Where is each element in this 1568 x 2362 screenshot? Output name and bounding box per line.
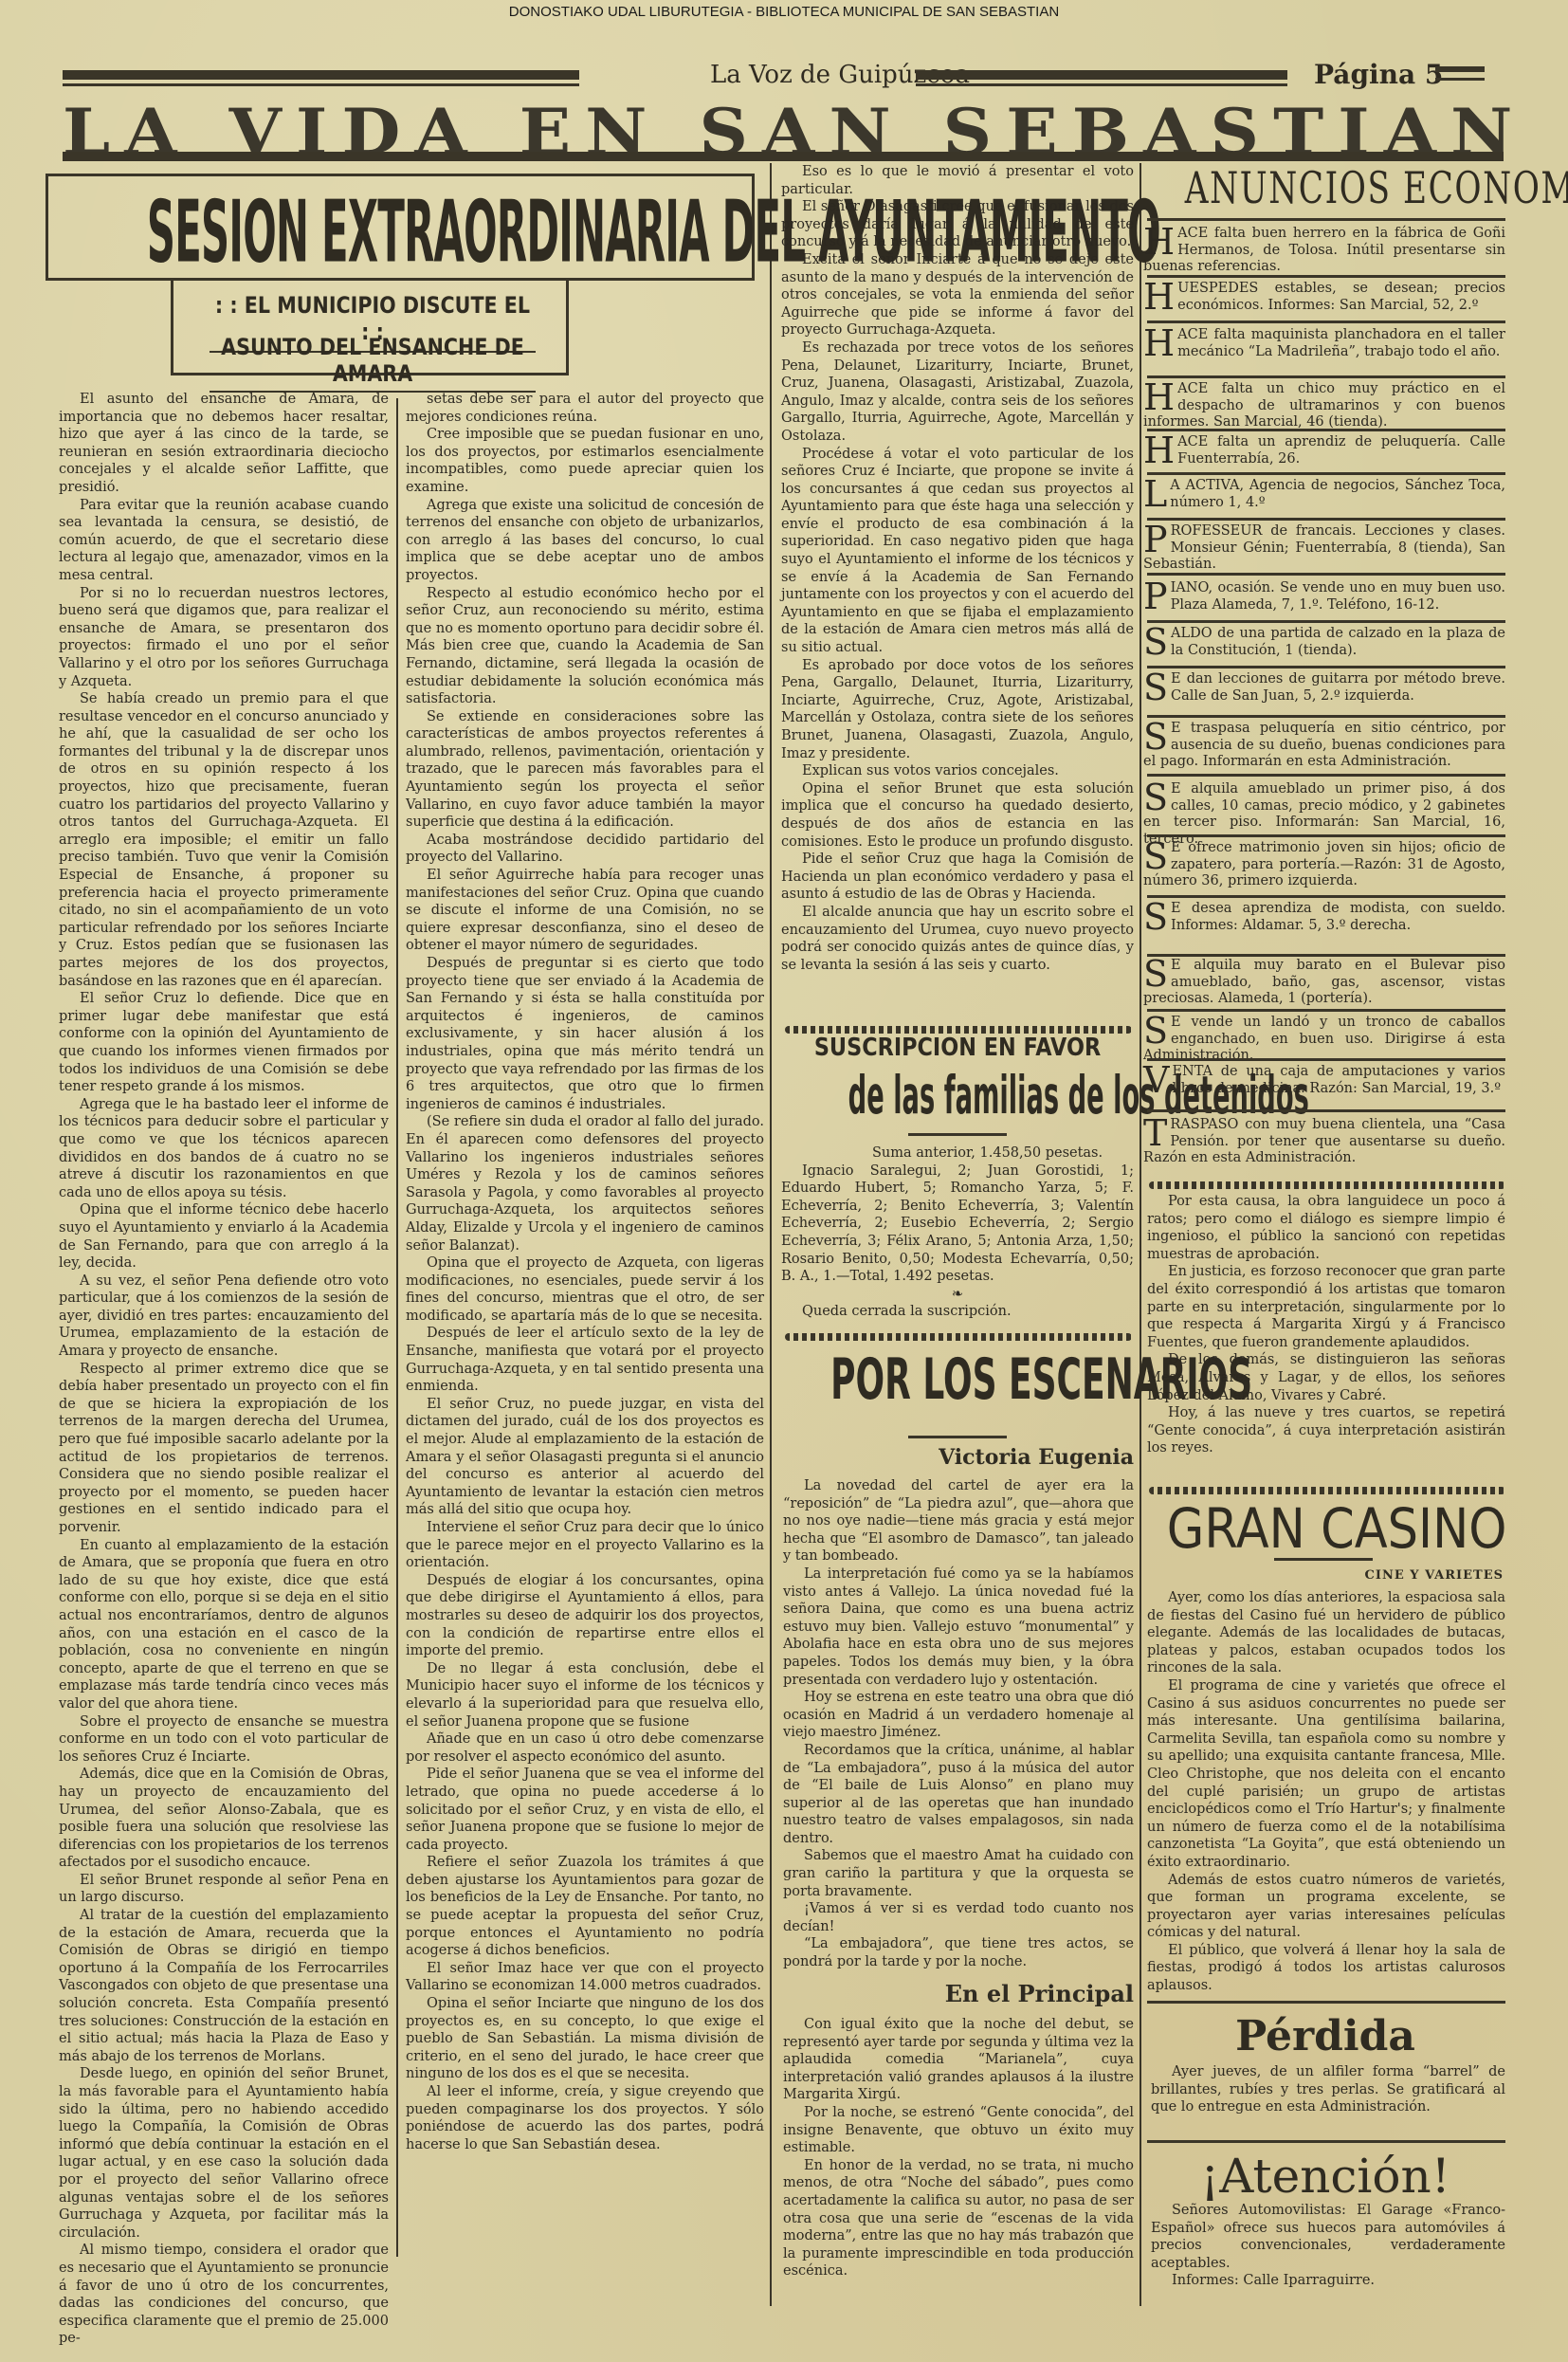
page-folio: La Voz de Guipúzcoa Página 5 — [63, 61, 1504, 89]
victoria-eugenia-heading: Victoria Eugenia — [781, 1445, 1134, 1470]
wavy-divider — [785, 1333, 1132, 1341]
paragraph: En honor de la verdad, no se trata, ni m… — [783, 2157, 1134, 2280]
classified-ad: HACE falta un aprendiz de peluquería. Ca… — [1143, 434, 1505, 467]
classified-ad: SE ofrece matrimonio joven sin hijos; of… — [1143, 840, 1505, 890]
classified-ad: TRASPASO con muy buena clientela, una “C… — [1143, 1117, 1505, 1167]
subscription-title-2: de las familias de los detenidos — [848, 1066, 1067, 1126]
drop-cap: S — [1143, 901, 1168, 933]
classified-divider — [1147, 895, 1505, 898]
paragraph: El público, que volverá á llenar hoy la … — [1147, 1942, 1505, 1995]
paragraph: Sabemos que el maestro Amat ha cuidado c… — [783, 1847, 1134, 1900]
victoria-eugenia-body: La novedad del cartel de ayer era la “re… — [783, 1477, 1134, 1971]
classified-divider — [1147, 472, 1505, 475]
drop-cap: S — [1143, 626, 1168, 658]
paragraph: Por esta causa, la obra languidece un po… — [1147, 1193, 1505, 1263]
paragraph: Cree imposible que se puedan fusionar en… — [406, 426, 764, 496]
drop-cap: S — [1143, 721, 1168, 753]
paragraph: Desde luego, en opinión del señor Brunet… — [59, 2065, 389, 2242]
paragraph: Además, dice que en la Comisión de Obras… — [59, 1766, 389, 1872]
paragraph: Opina que el informe técnico debe hacerl… — [59, 1201, 389, 1272]
attention-title: ¡Atención! — [1145, 2149, 1505, 2204]
paragraph: A su vez, el señor Pena defiende otro vo… — [59, 1273, 389, 1361]
folio-rule-right-thin — [916, 83, 1287, 86]
folio-rule-left-thin — [63, 83, 579, 86]
column-rule-2 — [770, 163, 772, 2306]
folio-rule-end — [1435, 66, 1485, 72]
classified-divider — [1147, 1109, 1505, 1112]
drop-cap: V — [1143, 1064, 1169, 1096]
paragraph: Se extiende en consideraciones sobre las… — [406, 708, 764, 832]
drop-cap: H — [1143, 434, 1175, 467]
classified-text: ACE falta un aprendiz de peluquería. Cal… — [1177, 434, 1505, 467]
classified-text: E traspasa peluquería en sitio céntrico,… — [1143, 721, 1505, 769]
classified-ad: LA ACTIVA, Agencia de negocios, Sánchez … — [1143, 478, 1505, 511]
short-rule — [908, 1133, 1007, 1136]
paragraph: El señor Cruz, no puede juzgar, en vista… — [406, 1396, 764, 1519]
classified-ad: HACE falta buen herrero en la fábrica de… — [1143, 226, 1505, 276]
paragraph: Recordamos que la crítica, unánime, al h… — [783, 1742, 1134, 1848]
classified-text: ROFESSEUR de francais. Lecciones y clase… — [1143, 523, 1505, 572]
paragraph: Al tratar de la cuestión del emplazamien… — [59, 1907, 389, 2065]
stages-title: POR LOS ESCENARIOS — [830, 1346, 1085, 1413]
ornament: ❧ — [781, 1286, 1134, 1304]
classified-divider — [1147, 320, 1505, 323]
classified-ad: SE alquila muy barato en el Bulevar piso… — [1143, 958, 1505, 1008]
paragraph: En cuanto al emplazamiento de la estació… — [59, 1537, 389, 1713]
article-subhead-box: : : EL MUNICIPIO DISCUTE EL : : ASUNTO D… — [171, 281, 569, 375]
subscription-title-1: SUSCRIPCION EN FAVOR — [806, 1034, 1109, 1062]
classified-text: E dan lecciones de guitarra por método b… — [1171, 671, 1505, 704]
subscription-body: Suma anterior, 1.458,50 pesetas. Ignacio… — [781, 1144, 1134, 1321]
paragraph: Pide el señor Cruz que haga la Comisión … — [781, 851, 1134, 904]
drop-cap: P — [1143, 580, 1168, 613]
drop-cap: S — [1143, 958, 1168, 990]
classified-text: ALDO de una partida de calzado en la pla… — [1171, 626, 1505, 658]
classified-ad: HUESPEDES estables, se desean; precios e… — [1143, 281, 1505, 314]
paragraph: Para evitar que la reunión acabase cuand… — [59, 497, 389, 585]
paragraph: El alcalde anuncia que hay un escrito so… — [781, 904, 1134, 974]
classified-divider — [1147, 573, 1505, 576]
paragraph: Se había creado un premio para el que re… — [59, 690, 389, 990]
paragraph: El programa de cine y varietés que ofrec… — [1147, 1677, 1505, 1872]
classified-text: E alquila muy barato en el Bulevar piso … — [1143, 958, 1505, 1006]
divider — [1147, 2001, 1505, 2004]
paragraph: El señor Cruz lo defiende. Dice que en p… — [59, 990, 389, 1096]
paragraph: ¡Vamos á ver si es verdad todo cuanto no… — [783, 1900, 1134, 1935]
classified-divider — [1147, 774, 1505, 777]
paragraph: Agrega que existe una solicitud de conce… — [406, 497, 764, 585]
classified-text: A ACTIVA, Agencia de negocios, Sánchez T… — [1170, 478, 1505, 510]
wavy-divider — [1149, 1181, 1505, 1189]
classified-divider — [1147, 375, 1505, 378]
classified-divider — [1147, 620, 1505, 623]
drop-cap: S — [1143, 840, 1168, 872]
classified-ad: SE vende un landó y un tronco de caballo… — [1143, 1015, 1505, 1065]
paragraph: Respecto al primer extremo dice que se d… — [59, 1361, 389, 1537]
wavy-divider — [1149, 1487, 1505, 1494]
subscription-donors: Ignacio Saralegui, 2; Juan Gorostidi, 1;… — [781, 1163, 1134, 1286]
classified-divider — [1147, 834, 1505, 837]
article-column-1: El asunto del ensanche de Amara, de impo… — [59, 391, 389, 2348]
drop-cap: H — [1143, 327, 1175, 359]
paragraph: Opina que el proyecto de Azqueta, con li… — [406, 1254, 764, 1325]
principal-review-continued: Por esta causa, la obra languidece un po… — [1147, 1193, 1505, 1457]
paragraph: Ayer, como los días anteriores, la espac… — [1147, 1589, 1505, 1677]
paragraph: Pide el señor Juanena que se vea el info… — [406, 1766, 764, 1854]
classified-ad: PROFESSEUR de francais. Lecciones y clas… — [1143, 523, 1505, 574]
paragraph: El señor Olasagasti cree que el fusionar… — [781, 198, 1134, 251]
paragraph: Por si no lo recuerdan nuestros lectores… — [59, 585, 389, 691]
classified-ad: HACE falta maquinista planchadora en el … — [1143, 327, 1505, 360]
classified-divider — [1147, 666, 1505, 668]
page-number: Página 5 — [1314, 59, 1443, 90]
paragraph: Excita el señor Inciarte á que no se dej… — [781, 251, 1134, 339]
classified-ad: SE traspasa peluquería en sitio céntrico… — [1143, 721, 1505, 771]
paragraph: El señor Imaz hace ver que con el proyec… — [406, 1960, 764, 1995]
classified-ad: VENTA de una caja de amputaciones y vari… — [1143, 1064, 1505, 1097]
article-headline: SESION EXTRAORDINARIA DEL AYUNTAMIENTO — [147, 182, 653, 282]
paragraph: Opina el señor Inciarte que ninguno de l… — [406, 1995, 764, 2083]
principal-heading: En el Principal — [781, 1980, 1134, 2007]
paragraph: Además de estos cuatro números de variet… — [1147, 1872, 1505, 1942]
paragraph: Explican sus votos varios concejales. — [781, 762, 1134, 780]
paragraph: Hoy se estrena en este teatro una obra q… — [783, 1689, 1134, 1742]
article-column-2: setas debe ser para el autor del proyect… — [406, 391, 764, 2153]
paragraph: “La embajadora”, que tiene tres actos, s… — [783, 1935, 1134, 1970]
paragraph: Al mismo tiempo, considera el orador que… — [59, 2242, 389, 2348]
lost-title: Pérdida — [1145, 2012, 1505, 2060]
paragraph: El asunto del ensanche de Amara, de impo… — [59, 391, 389, 497]
paragraph: Acaba mostrándose decidido partidario de… — [406, 832, 764, 867]
paragraph: Después de preguntar si es cierto que to… — [406, 955, 764, 1113]
paragraph: Es aprobado por doce votos de los señore… — [781, 657, 1134, 763]
folio-rule-left — [63, 70, 579, 80]
paragraph: Agrega que le ha bastado leer el informe… — [59, 1096, 389, 1202]
paragraph: En justicia, es forzoso reconocer que gr… — [1147, 1263, 1505, 1351]
short-rule — [1274, 1558, 1373, 1561]
drop-cap: H — [1143, 381, 1175, 413]
drop-cap: P — [1143, 523, 1168, 556]
lost-text: Ayer jueves, de un alfiler forma “barrel… — [1151, 2063, 1505, 2116]
attention-info: Informes: Calle Iparraguirre. — [1151, 2272, 1505, 2290]
article-subhead-line2: ASUNTO DEL ENSANCHE DE AMARA — [210, 334, 536, 393]
drop-cap: T — [1143, 1117, 1167, 1149]
article-headline-box: SESION EXTRAORDINARIA DEL AYUNTAMIENTO — [46, 174, 755, 281]
paragraph: Respecto al estudio económico hecho por … — [406, 585, 764, 708]
classified-ad: PIANO, ocasión. Se vende uno en muy buen… — [1143, 580, 1505, 613]
paragraph: Después de elogiar á los concursantes, o… — [406, 1572, 764, 1660]
classified-text: ACE falta maquinista planchadora en el t… — [1177, 327, 1505, 359]
classified-divider — [1147, 518, 1505, 521]
paragraph: Por la noche, se estrenó “Gente conocida… — [783, 2104, 1134, 2157]
paragraph: Hoy, á las nueve y tres cuartos, se repe… — [1147, 1404, 1505, 1457]
classified-divider — [1147, 218, 1505, 221]
lost-body: Ayer jueves, de un alfiler forma “barrel… — [1151, 2063, 1505, 2116]
paragraph: Sobre el proyecto de ensanche se muestra… — [59, 1713, 389, 1767]
classifieds-title: ANUNCIOS ECONOMICOS — [1185, 163, 1466, 214]
classified-text: E desea aprendiza de modista, con sueldo… — [1171, 901, 1505, 933]
paragraph: Al leer el informe, creía, y sigue creye… — [406, 2083, 764, 2153]
drop-cap: S — [1143, 1015, 1168, 1047]
masthead-rule — [63, 152, 1504, 161]
divider — [1147, 2140, 1505, 2143]
classified-text: ACE falta buen herrero en la fábrica de … — [1143, 226, 1505, 274]
classified-text: RASPASO con muy buena clientela, una “Ca… — [1143, 1117, 1505, 1165]
classified-divider — [1147, 1009, 1505, 1012]
classified-text: UESPEDES estables, se desean; precios ec… — [1177, 281, 1505, 313]
paragraph: Es rechazada por trece votos de los seño… — [781, 339, 1134, 446]
principal-body: Con igual éxito que la noche del debut, … — [783, 2016, 1134, 2280]
subscription-previous-sum: Suma anterior, 1.458,50 pesetas. — [781, 1144, 1134, 1163]
drop-cap: H — [1143, 226, 1175, 258]
short-rule — [908, 1436, 1007, 1438]
paragraph: El señor Aguirreche había para recoger u… — [406, 867, 764, 955]
drop-cap: S — [1143, 671, 1168, 704]
wavy-divider — [785, 1026, 1132, 1034]
classified-divider — [1147, 1058, 1505, 1061]
classified-divider — [1147, 954, 1505, 957]
paragraph: setas debe ser para el autor del proyect… — [406, 391, 764, 426]
classified-text: ENTA de una caja de amputaciones y vario… — [1172, 1064, 1505, 1096]
paragraph: Añade que en un caso ú otro debe comenza… — [406, 1730, 764, 1766]
casino-subtitle: CINE Y VARIETES — [1145, 1568, 1504, 1583]
classified-divider — [1147, 715, 1505, 718]
paragraph: El señor Brunet responde al señor Pena e… — [59, 1872, 389, 1907]
paragraph: La interpretación fué como ya se la habí… — [783, 1566, 1134, 1689]
paragraph: Procédese á votar el voto particular de … — [781, 446, 1134, 657]
classified-text: E ofrece matrimonio joven sin hijos; ofi… — [1143, 840, 1505, 888]
classified-divider — [1147, 429, 1505, 431]
paragraph: Refiere el señor Zuazola los trámites á … — [406, 1854, 764, 1960]
drop-cap: L — [1143, 478, 1167, 510]
paragraph: De no llegar á esta conclusión, debe el … — [406, 1660, 764, 1730]
paragraph: Con igual éxito que la noche del debut, … — [783, 2016, 1134, 2104]
classified-ad: SE alquila amueblado un primer piso, á d… — [1143, 781, 1505, 848]
classified-text: IANO, ocasión. Se vende uno en muy buen … — [1171, 580, 1505, 613]
paragraph: Opina el señor Brunet que esta solución … — [781, 780, 1134, 851]
classified-text: ACE falta un chico muy práctico en el de… — [1143, 381, 1505, 430]
classified-ad: SE desea aprendiza de modista, con sueld… — [1143, 901, 1505, 934]
classified-divider — [1147, 275, 1505, 278]
drop-cap: S — [1143, 781, 1168, 814]
classified-ad: SALDO de una partida de calzado en la pl… — [1143, 626, 1505, 659]
paragraph: Después de leer el artículo sexto de la … — [406, 1325, 764, 1395]
article-column-3: Eso es lo que le movió á presentar el vo… — [781, 163, 1134, 974]
subscription-closing: Queda cerrada la suscripción. — [781, 1303, 1134, 1321]
classified-ad: SE dan lecciones de guitarra por método … — [1143, 671, 1505, 705]
paragraph: Interviene el señor Cruz para decir que … — [406, 1519, 764, 1572]
attention-text: Señores Automovilistas: El Garage «Franc… — [1151, 2202, 1505, 2272]
paragraph: La novedad del cartel de ayer era la “re… — [783, 1477, 1134, 1566]
paragraph: (Se refiere sin duda el orador al fallo … — [406, 1113, 764, 1254]
folio-rule-end-thin — [1435, 78, 1485, 81]
paragraph: De los demás, se distinguieron las señor… — [1147, 1351, 1505, 1404]
column-rule-3 — [1140, 163, 1141, 2306]
folio-rule-right — [916, 70, 1287, 80]
casino-title: GRAN CASINO — [1167, 1496, 1484, 1561]
archive-watermark: DONOSTIAKO UDAL LIBURUTEGIA - BIBLIOTECA… — [0, 4, 1568, 20]
casino-body: Ayer, como los días anteriores, la espac… — [1147, 1589, 1505, 1995]
attention-body: Señores Automovilistas: El Garage «Franc… — [1151, 2202, 1505, 2290]
column-rule-1 — [396, 398, 398, 2257]
drop-cap: H — [1143, 281, 1175, 313]
paragraph: Eso es lo que le movió á presentar el vo… — [781, 163, 1134, 198]
classified-ad: HACE falta un chico muy práctico en el d… — [1143, 381, 1505, 431]
classified-text: E vende un landó y un tronco de caballos… — [1143, 1015, 1505, 1063]
